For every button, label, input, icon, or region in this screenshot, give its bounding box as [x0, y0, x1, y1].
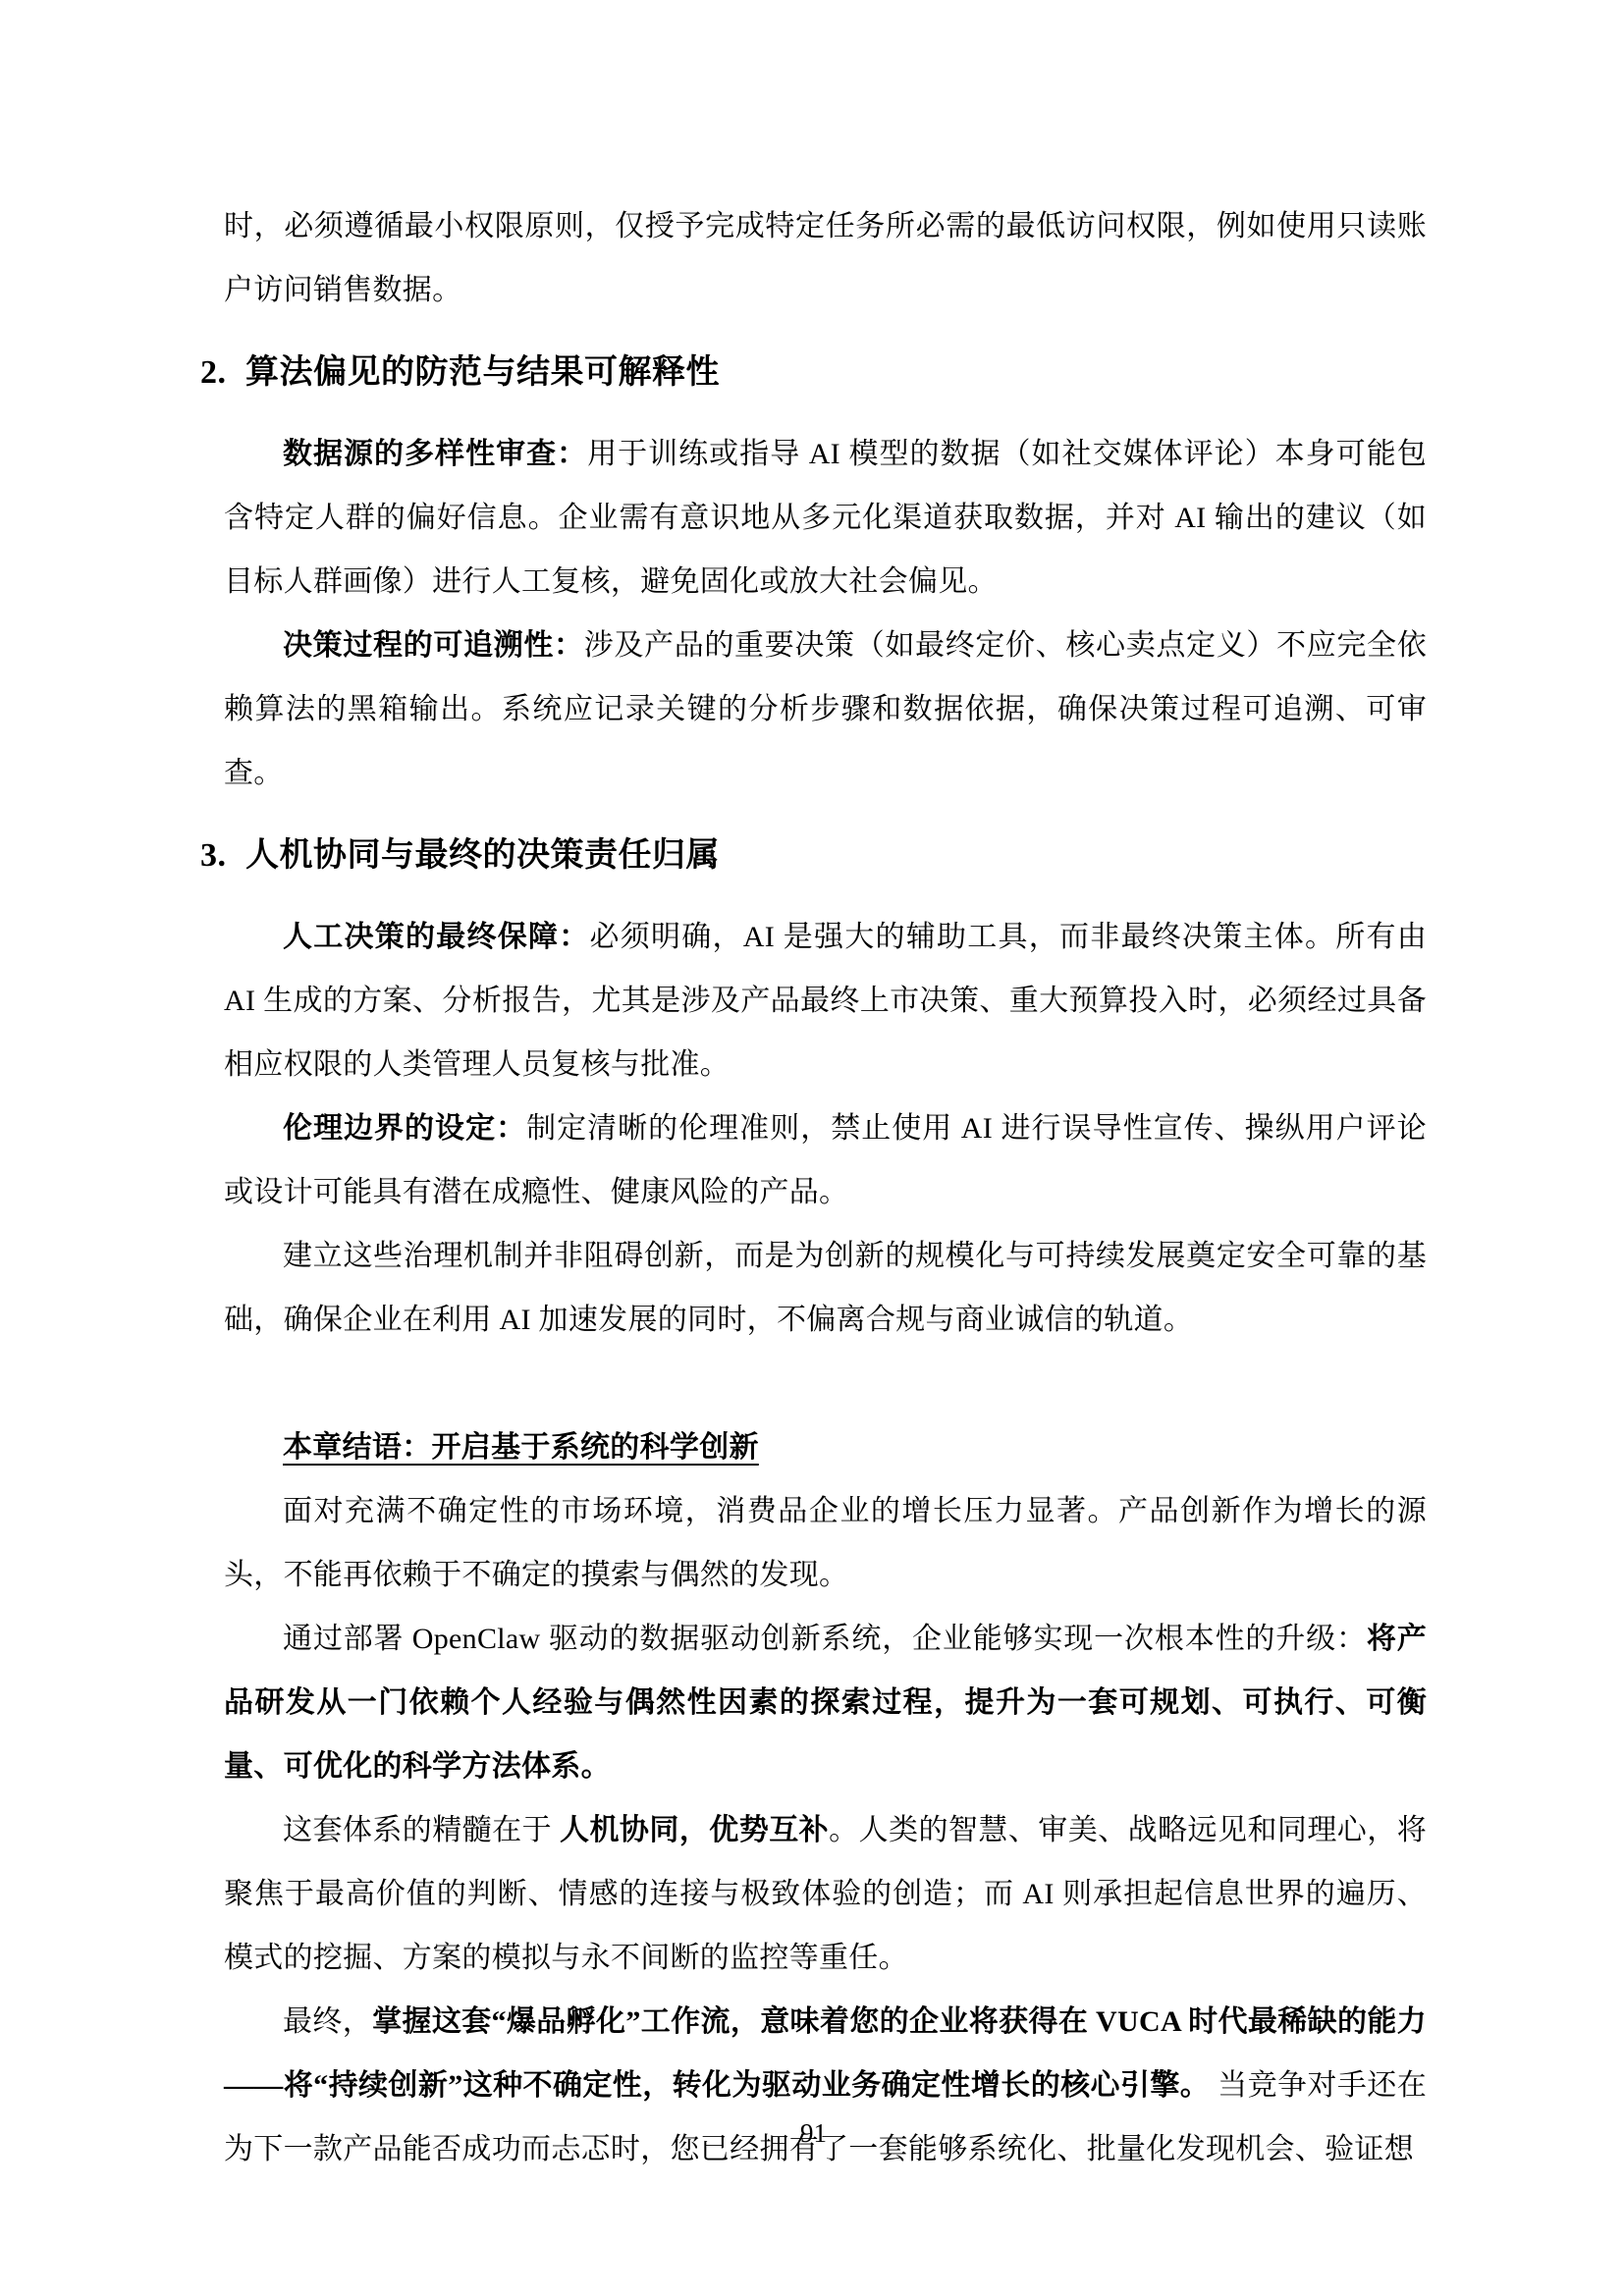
- paragraph: 面对充满不确定性的市场环境，消费品企业的增长压力显著。产品创新作为增长的源头，不…: [224, 1479, 1427, 1607]
- heading-title: 算法偏见的防范与结果可解释性: [245, 354, 720, 391]
- paragraph: 通过部署 OpenClaw 驱动的数据驱动创新系统，企业能够实现一次根本性的升级…: [224, 1607, 1427, 1798]
- heading-title: 人机协同与最终的决策责任归属: [245, 837, 720, 874]
- document-body: 时，必须遵循最小权限原则，仅授予完成特定任务所必需的最低访问权限，例如使用只读账…: [200, 194, 1427, 2181]
- text-run: 数据源的多样性审查：: [283, 438, 587, 470]
- text-run: 建立这些治理机制并非阻碍创新，而是为创新的规模化与可持续发展奠定安全可靠的基础，…: [224, 1240, 1427, 1336]
- page-number: 91: [200, 2118, 1427, 2148]
- heading-number: 2.: [200, 336, 245, 410]
- text-run: 本章结语：开启基于系统的科学创新: [283, 1431, 759, 1464]
- paragraph: 数据源的多样性审查：用于训练或指导 AI 模型的数据（如社交媒体评论）本身可能包…: [224, 422, 1427, 614]
- text-run: 时，必须遵循最小权限原则，仅授予完成特定任务所必需的最低访问权限，例如使用只读账…: [224, 210, 1427, 306]
- text-run: 伦理边界的设定：: [283, 1112, 526, 1145]
- paragraph: 这套体系的精髓在于 人机协同，优势互补。人类的智慧、审美、战略远见和同理心，将聚…: [224, 1798, 1427, 1990]
- text-run: 最终，: [283, 2005, 372, 2038]
- paragraph: 时，必须遵循最小权限原则，仅授予完成特定任务所必需的最低访问权限，例如使用只读账…: [224, 194, 1427, 322]
- text-run: 通过部署 OpenClaw 驱动的数据驱动创新系统，企业能够实现一次根本性的升级…: [283, 1623, 1367, 1655]
- paragraph: 人工决策的最终保障：必须明确，AI 是强大的辅助工具，而非最终决策主体。所有由 …: [224, 905, 1427, 1096]
- heading-number: 3.: [200, 819, 245, 893]
- blank-line: [200, 1352, 1427, 1415]
- text-run: 决策过程的可追溯性：: [283, 629, 584, 662]
- paragraph: 建立这些治理机制并非阻碍创新，而是为创新的规模化与可持续发展奠定安全可靠的基础，…: [224, 1224, 1427, 1352]
- text-run: 面对充满不确定性的市场环境，消费品企业的增长压力显著。产品创新作为增长的源头，不…: [224, 1495, 1427, 1591]
- paragraph: 最终，掌握这套“爆品孵化”工作流，意味着您的企业将获得在 VUCA 时代最稀缺的…: [224, 1990, 1427, 2181]
- paragraph: 本章结语：开启基于系统的科学创新: [224, 1415, 1427, 1479]
- text-run: 人机协同，优势互补: [560, 1814, 829, 1846]
- paragraph: 决策过程的可追溯性：涉及产品的重要决策（如最终定价、核心卖点定义）不应完全依赖算…: [224, 614, 1427, 805]
- document-page: { "document": { "page_number": "91", "pa…: [0, 0, 1624, 2296]
- text-run: 这套体系的精髓在于: [283, 1814, 560, 1846]
- section-heading: 3.人机协同与最终的决策责任归属: [200, 819, 1427, 893]
- section-heading: 2.算法偏见的防范与结果可解释性: [200, 336, 1427, 410]
- paragraph: 伦理边界的设定：制定清晰的伦理准则，禁止使用 AI 进行误导性宣传、操纵用户评论…: [224, 1096, 1427, 1224]
- text-run: 人工决策的最终保障：: [283, 921, 589, 953]
